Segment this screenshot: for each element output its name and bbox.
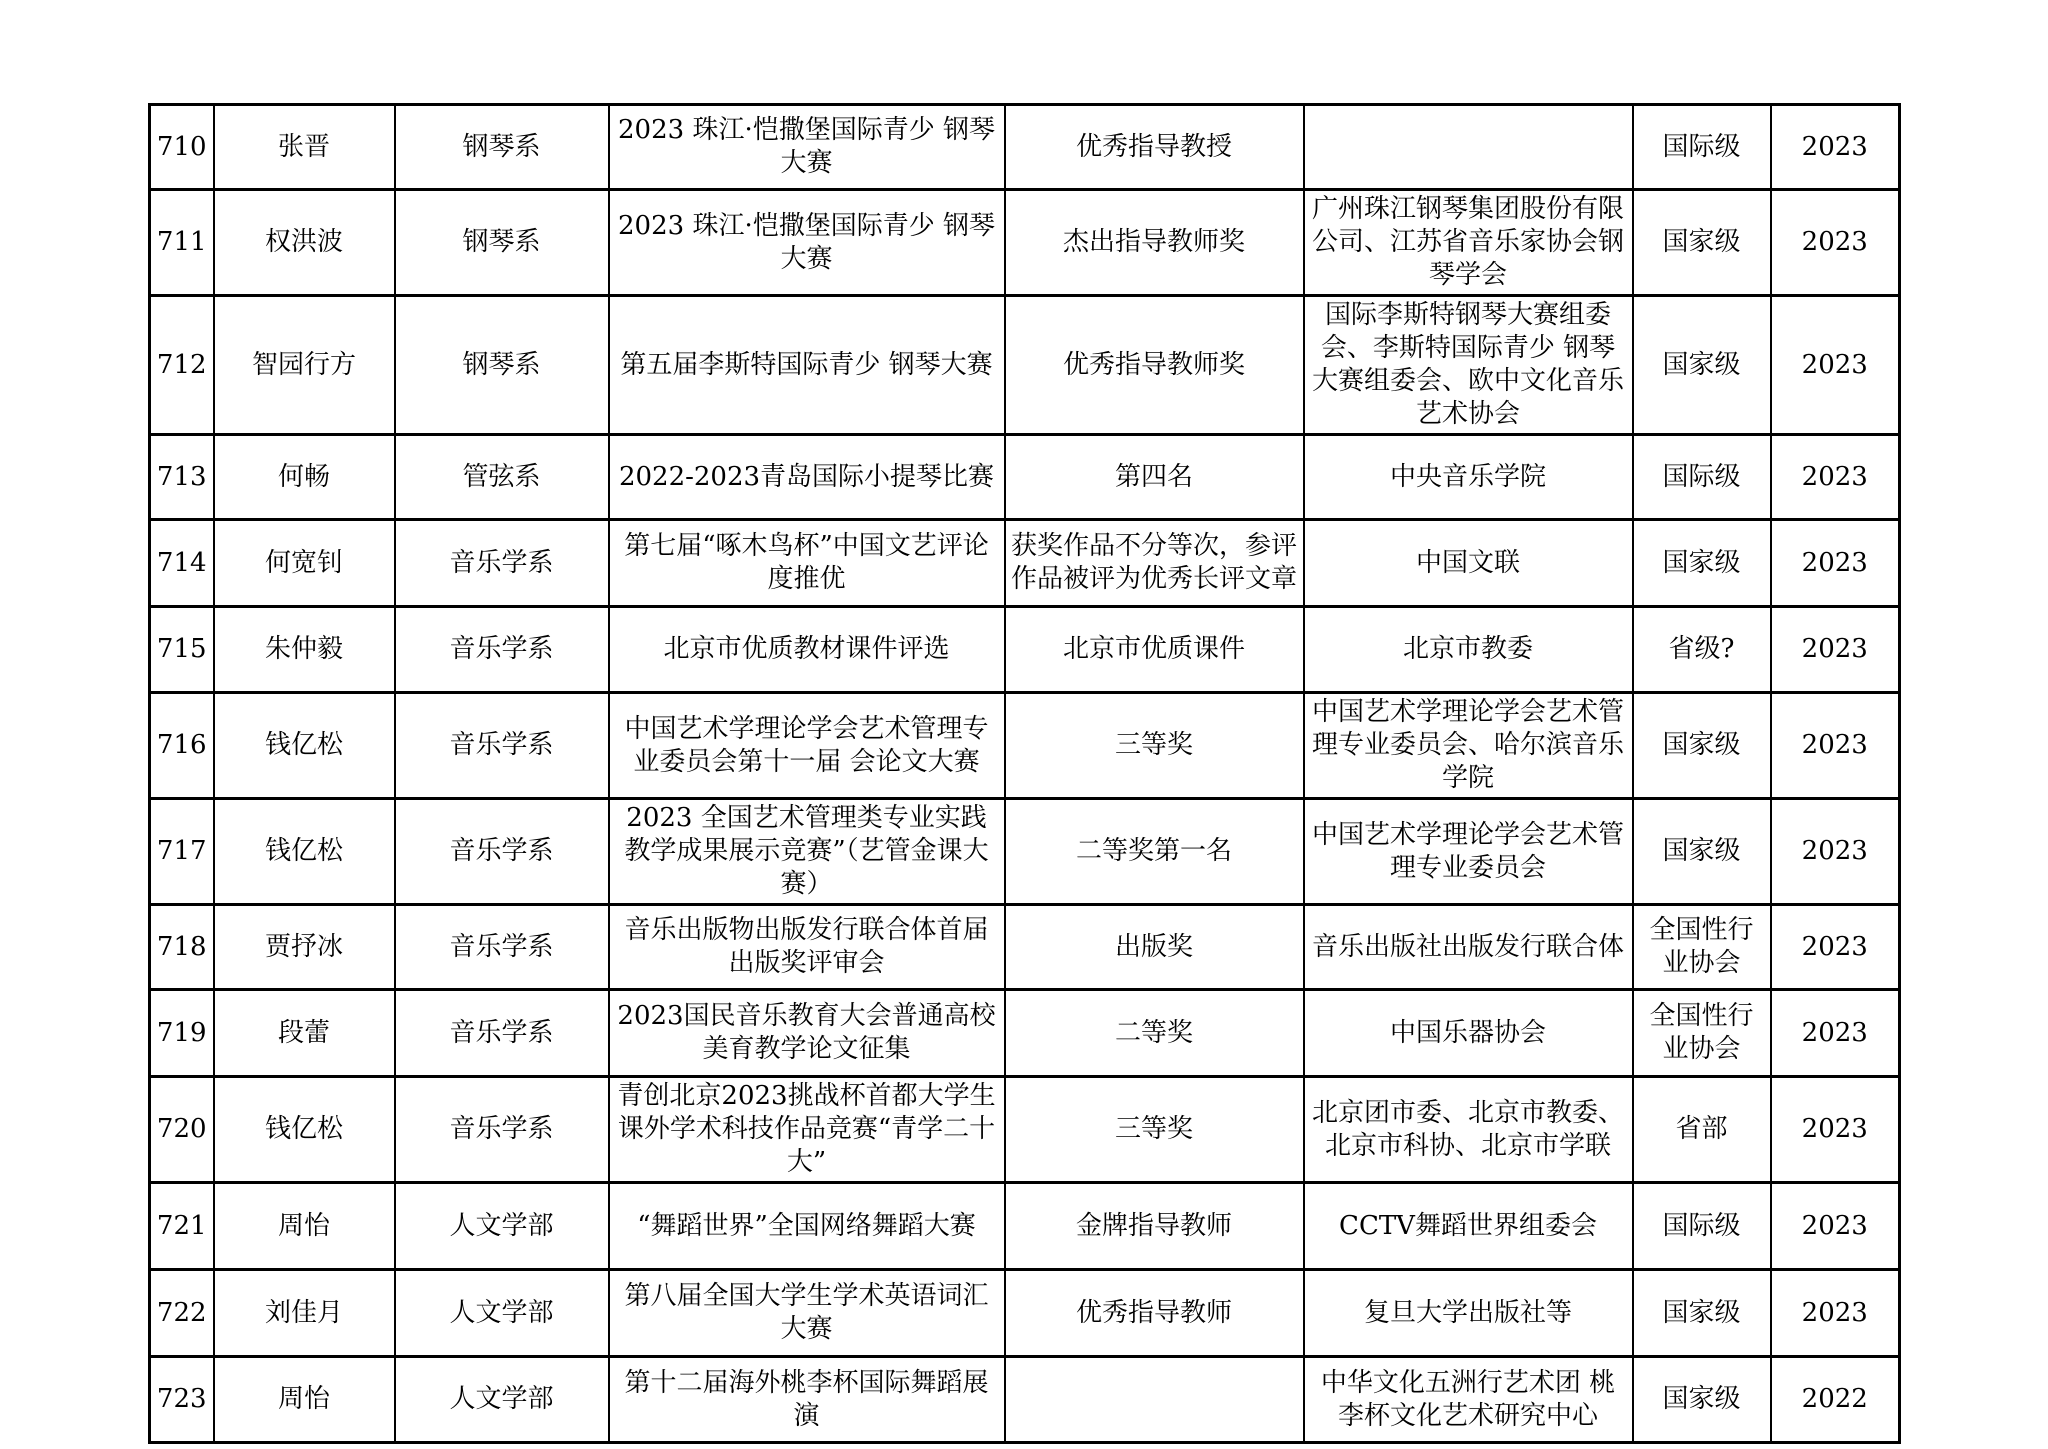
table-row: 715 朱仲毅 音乐学系 北京市优质教材课件评选 北京市优质课件 北京市教委 省… [150, 607, 1900, 693]
competition-cell: 北京市优质教材课件评选 [609, 607, 1005, 693]
level-cell: 国家级 [1633, 1357, 1771, 1443]
department-cell: 钢琴系 [395, 296, 609, 435]
level-cell: 国家级 [1633, 1270, 1771, 1357]
year-cell: 2023 [1771, 1183, 1900, 1270]
department-cell: 音乐学系 [395, 1077, 609, 1183]
organization-cell: 音乐出版社出版发行联合体 [1304, 905, 1633, 990]
row-number-cell: 716 [150, 693, 214, 799]
competition-cell: 第十二届海外桃李杯国际舞蹈展演 [609, 1357, 1005, 1443]
organization-cell: 中央音乐学院 [1304, 435, 1633, 520]
name-cell: 权洪波 [214, 190, 395, 296]
name-cell: 贾抒冰 [214, 905, 395, 990]
name-cell: 段蕾 [214, 990, 395, 1077]
competition-cell: 青创北京2023挑战杯首都大学生课外学术科技作品竞赛“青学二十大” [609, 1077, 1005, 1183]
table-row: 718 贾抒冰 音乐学系 音乐出版物出版发行联合体首届出版奖评审会 出版奖 音乐… [150, 905, 1900, 990]
year-cell: 2023 [1771, 520, 1900, 607]
department-cell: 人文学部 [395, 1270, 609, 1357]
level-cell: 国际级 [1633, 1183, 1771, 1270]
level-cell: 全国性行业协会 [1633, 905, 1771, 990]
competition-cell: 2022-2023青岛国际小提琴比赛 [609, 435, 1005, 520]
competition-cell: 第七届“啄木鸟杯”中国文艺评论度推优 [609, 520, 1005, 607]
organization-cell: 中华文化五洲行艺术团 桃李杯文化艺术研究中心 [1304, 1357, 1633, 1443]
department-cell: 钢琴系 [395, 105, 609, 190]
row-number-cell: 721 [150, 1183, 214, 1270]
organization-cell: 中国艺术学理论学会艺术管理专业委员会、哈尔滨音乐学院 [1304, 693, 1633, 799]
competition-cell: 第八届全国大学生学术英语词汇大赛 [609, 1270, 1005, 1357]
organization-cell: 中国文联 [1304, 520, 1633, 607]
organization-cell: 中国艺术学理论学会艺术管理专业委员会 [1304, 799, 1633, 905]
year-cell: 2023 [1771, 607, 1900, 693]
row-number-cell: 712 [150, 296, 214, 435]
name-cell: 何宽钊 [214, 520, 395, 607]
department-cell: 音乐学系 [395, 905, 609, 990]
row-number-cell: 718 [150, 905, 214, 990]
award-cell: 优秀指导教授 [1005, 105, 1304, 190]
table-row: 711 权洪波 钢琴系 2023 珠江·恺撒堡国际青少 钢琴大赛 杰出指导教师奖… [150, 190, 1900, 296]
award-cell: 三等奖 [1005, 1077, 1304, 1183]
organization-cell [1304, 105, 1633, 190]
level-cell: 国家级 [1633, 296, 1771, 435]
award-cell: 二等奖 [1005, 990, 1304, 1077]
table-row: 716 钱亿松 音乐学系 中国艺术学理论学会艺术管理专业委员会第十一届 会论文大… [150, 693, 1900, 799]
row-number-cell: 710 [150, 105, 214, 190]
award-cell: 三等奖 [1005, 693, 1304, 799]
organization-cell: 复旦大学出版社等 [1304, 1270, 1633, 1357]
row-number-cell: 720 [150, 1077, 214, 1183]
competition-cell: 音乐出版物出版发行联合体首届出版奖评审会 [609, 905, 1005, 990]
competition-cell: 2023国民音乐教育大会普通高校美育教学论文征集 [609, 990, 1005, 1077]
organization-cell: 广州珠江钢琴集团股份有限公司、江苏省音乐家协会钢琴学会 [1304, 190, 1633, 296]
name-cell: 周怡 [214, 1357, 395, 1443]
organization-cell: 国际李斯特钢琴大赛组委会、李斯特国际青少 钢琴大赛组委会、欧中文化音乐艺术协会 [1304, 296, 1633, 435]
year-cell: 2023 [1771, 990, 1900, 1077]
year-cell: 2023 [1771, 799, 1900, 905]
year-cell: 2023 [1771, 693, 1900, 799]
name-cell: 朱仲毅 [214, 607, 395, 693]
name-cell: 钱亿松 [214, 799, 395, 905]
year-cell: 2023 [1771, 905, 1900, 990]
department-cell: 管弦系 [395, 435, 609, 520]
award-cell: 出版奖 [1005, 905, 1304, 990]
level-cell: 省级? [1633, 607, 1771, 693]
level-cell: 国家级 [1633, 190, 1771, 296]
award-cell: 金牌指导教师 [1005, 1183, 1304, 1270]
organization-cell: 中国乐器协会 [1304, 990, 1633, 1077]
organization-cell: CCTV舞蹈世界组委会 [1304, 1183, 1633, 1270]
name-cell: 周怡 [214, 1183, 395, 1270]
department-cell: 人文学部 [395, 1357, 609, 1443]
award-cell: 优秀指导教师奖 [1005, 296, 1304, 435]
level-cell: 国际级 [1633, 105, 1771, 190]
name-cell: 刘佳月 [214, 1270, 395, 1357]
row-number-cell: 717 [150, 799, 214, 905]
level-cell: 省部 [1633, 1077, 1771, 1183]
competition-cell: 第五届李斯特国际青少 钢琴大赛 [609, 296, 1005, 435]
name-cell: 智园行方 [214, 296, 395, 435]
competition-cell: “舞蹈世界”全国网络舞蹈大赛 [609, 1183, 1005, 1270]
level-cell: 国家级 [1633, 520, 1771, 607]
table-row: 714 何宽钊 音乐学系 第七届“啄木鸟杯”中国文艺评论度推优 获奖作品不分等次… [150, 520, 1900, 607]
table-row: 721 周怡 人文学部 “舞蹈世界”全国网络舞蹈大赛 金牌指导教师 CCTV舞蹈… [150, 1183, 1900, 1270]
department-cell: 钢琴系 [395, 190, 609, 296]
award-cell: 北京市优质课件 [1005, 607, 1304, 693]
row-number-cell: 722 [150, 1270, 214, 1357]
department-cell: 人文学部 [395, 1183, 609, 1270]
department-cell: 音乐学系 [395, 520, 609, 607]
award-cell: 获奖作品不分等次，参评作品被评为优秀长评文章 [1005, 520, 1304, 607]
name-cell: 何畅 [214, 435, 395, 520]
organization-cell: 北京团市委、北京市教委、北京市科协、北京市学联 [1304, 1077, 1633, 1183]
name-cell: 张晋 [214, 105, 395, 190]
competition-cell: 2023 全国艺术管理类专业实践教学成果展示竞赛”（艺管金课大赛） [609, 799, 1005, 905]
organization-cell: 北京市教委 [1304, 607, 1633, 693]
table-row: 722 刘佳月 人文学部 第八届全国大学生学术英语词汇大赛 优秀指导教师 复旦大… [150, 1270, 1900, 1357]
name-cell: 钱亿松 [214, 1077, 395, 1183]
row-number-cell: 711 [150, 190, 214, 296]
award-cell: 二等奖第一名 [1005, 799, 1304, 905]
table-row: 713 何畅 管弦系 2022-2023青岛国际小提琴比赛 第四名 中央音乐学院… [150, 435, 1900, 520]
department-cell: 音乐学系 [395, 607, 609, 693]
table-row: 720 钱亿松 音乐学系 青创北京2023挑战杯首都大学生课外学术科技作品竞赛“… [150, 1077, 1900, 1183]
level-cell: 全国性行业协会 [1633, 990, 1771, 1077]
competition-cell: 2023 珠江·恺撒堡国际青少 钢琴大赛 [609, 105, 1005, 190]
year-cell: 2023 [1771, 105, 1900, 190]
award-cell: 杰出指导教师奖 [1005, 190, 1304, 296]
table-row: 717 钱亿松 音乐学系 2023 全国艺术管理类专业实践教学成果展示竞赛”（艺… [150, 799, 1900, 905]
row-number-cell: 715 [150, 607, 214, 693]
row-number-cell: 713 [150, 435, 214, 520]
year-cell: 2023 [1771, 296, 1900, 435]
year-cell: 2023 [1771, 190, 1900, 296]
award-cell: 第四名 [1005, 435, 1304, 520]
year-cell: 2023 [1771, 1077, 1900, 1183]
award-cell [1005, 1357, 1304, 1443]
competition-cell: 2023 珠江·恺撒堡国际青少 钢琴大赛 [609, 190, 1005, 296]
document-page: 710 张晋 钢琴系 2023 珠江·恺撒堡国际青少 钢琴大赛 优秀指导教授 国… [0, 0, 2048, 1449]
name-cell: 钱亿松 [214, 693, 395, 799]
level-cell: 国家级 [1633, 693, 1771, 799]
table-row: 719 段蕾 音乐学系 2023国民音乐教育大会普通高校美育教学论文征集 二等奖… [150, 990, 1900, 1077]
level-cell: 国际级 [1633, 435, 1771, 520]
row-number-cell: 719 [150, 990, 214, 1077]
table-row: 710 张晋 钢琴系 2023 珠江·恺撒堡国际青少 钢琴大赛 优秀指导教授 国… [150, 105, 1900, 190]
row-number-cell: 723 [150, 1357, 214, 1443]
row-number-cell: 714 [150, 520, 214, 607]
level-cell: 国家级 [1633, 799, 1771, 905]
table-row: 712 智园行方 钢琴系 第五届李斯特国际青少 钢琴大赛 优秀指导教师奖 国际李… [150, 296, 1900, 435]
award-cell: 优秀指导教师 [1005, 1270, 1304, 1357]
year-cell: 2023 [1771, 435, 1900, 520]
year-cell: 2023 [1771, 1270, 1900, 1357]
department-cell: 音乐学系 [395, 799, 609, 905]
awards-table: 710 张晋 钢琴系 2023 珠江·恺撒堡国际青少 钢琴大赛 优秀指导教授 国… [148, 103, 1901, 1444]
year-cell: 2022 [1771, 1357, 1900, 1443]
department-cell: 音乐学系 [395, 990, 609, 1077]
department-cell: 音乐学系 [395, 693, 609, 799]
competition-cell: 中国艺术学理论学会艺术管理专业委员会第十一届 会论文大赛 [609, 693, 1005, 799]
table-row: 723 周怡 人文学部 第十二届海外桃李杯国际舞蹈展演 中华文化五洲行艺术团 桃… [150, 1357, 1900, 1443]
